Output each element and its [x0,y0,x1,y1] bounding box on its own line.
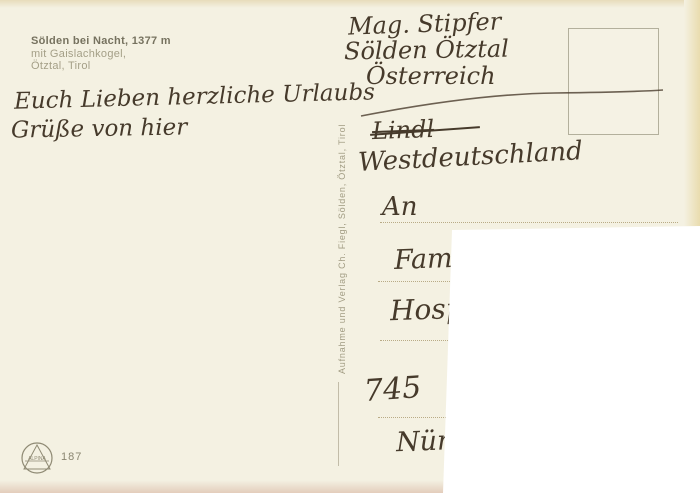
underline-flourish [355,82,675,120]
alpina-logo-text: ALPINA [28,456,46,462]
address-postal-code: 745 [363,370,423,409]
caption-title: Sölden bei Nacht, 1377 m [31,35,171,48]
caption-subtitle-1: mit Gaislachkogel, [31,48,171,61]
address-partial-line-fam: Fam [393,243,453,276]
address-to-prefix: An [382,192,418,222]
address-sender-place: Sölden Ötztal [344,35,509,66]
publisher-imprint-vertical: Aufnahme und Verlag Ch. Fiegl, Sölden, Ö… [337,108,347,374]
print-number: 187 [61,451,82,463]
scan-edge-top [0,0,700,8]
printed-caption: Sölden bei Nacht, 1377 m mit Gaislachkog… [31,35,171,73]
caption-subtitle-2: Ötztal, Tirol [31,60,171,73]
postcard-back: Sölden bei Nacht, 1377 m mit Gaislachkog… [0,0,700,493]
alpina-logo: ALPINA [20,441,56,477]
overlapping-card-corner [438,222,700,493]
center-divider-line [338,382,339,466]
handwritten-message-line-2: Grüße von hier [11,114,188,143]
handwritten-message-line-1: Euch Lieben herzliche Urlaubs [14,79,376,114]
address-dotted-line-1 [380,222,678,223]
